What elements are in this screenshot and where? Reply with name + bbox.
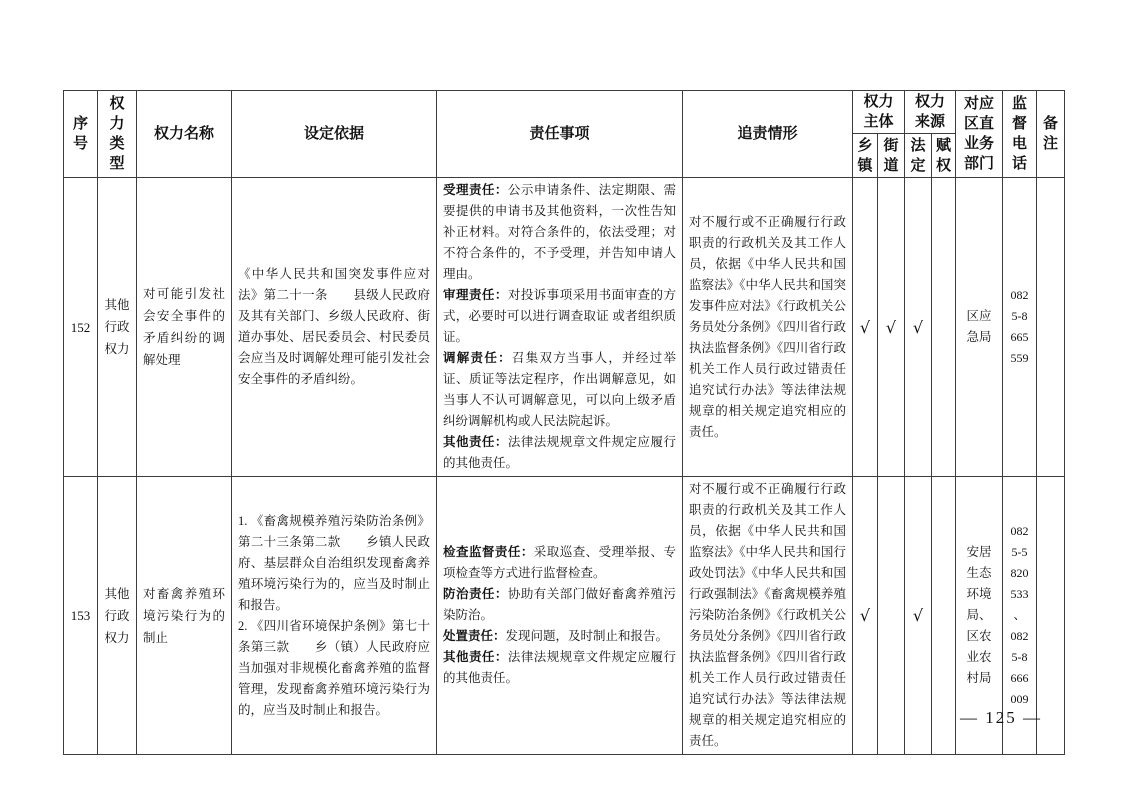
col-header-accountability: 追责情形 [683, 91, 853, 178]
duty-label: 审理责任： [443, 288, 508, 302]
col-header-power-source: 权力 来源 [905, 91, 956, 134]
cell-legal-basis: 1. 《畜禽规模养殖污染防治条例》第二十三条第二款 乡镇人民政府、基层群众自治组… [232, 477, 437, 755]
col-header-duties: 责任事项 [437, 91, 683, 178]
table-row-152: 152 其他行政权力 对可能引发社会安全事件的矛盾纠纷的调解处理 《中华人民共和… [64, 178, 1065, 477]
cell-power-type: 其他行政权力 [98, 178, 137, 477]
cell-duties: 检查监督责任：采取巡查、受理举报、专项检查等方式进行监督检查。 防治责任：协助有… [437, 477, 683, 755]
duty-item: 防治责任：协助有关部门做好畜禽养殖污染防治。 [443, 584, 676, 626]
cell-township-check: √ [853, 178, 878, 477]
duty-label: 检查监督责任： [443, 545, 534, 559]
col-header-remarks: 备 注 [1037, 91, 1065, 178]
duty-label: 处置责任： [443, 629, 506, 643]
cell-remarks [1037, 178, 1065, 477]
col-header-power-type: 权 力 类 型 [98, 91, 137, 178]
cell-serial: 153 [64, 477, 98, 755]
col-header-power-name: 权力名称 [137, 91, 232, 178]
col-header-township: 乡 镇 [853, 134, 878, 178]
col-header-legal-basis: 设定依据 [232, 91, 437, 178]
cell-phone: 082 5-8 665 559 [1003, 178, 1037, 477]
cell-duties: 受理责任：公示申请条件、法定期限、需要提供的申请书及其他资料，一次性告知补正材料… [437, 178, 683, 477]
legal-basis-paragraph: 《中华人民共和国突发事件应对法》第二十一条 县级人民政府及其有关部门、乡级人民政… [238, 264, 430, 390]
col-header-statutory: 法 定 [905, 134, 932, 178]
duty-text: 公示申请条件、法定期限、需要提供的申请书及其他资料，一次性告知补正材料。对符合条… [443, 183, 676, 281]
cell-serial: 152 [64, 178, 98, 477]
cell-power-name: 对畜禽养殖环境污染行为的制止 [137, 477, 232, 755]
cell-power-type: 其他行政权力 [98, 477, 137, 755]
cell-delegated-check [932, 477, 956, 755]
accountability-paragraph: 对不履行或不正确履行行政职责的行政机关及其工作人员，依据《中华人民共和国监察法》… [689, 479, 846, 752]
duty-label: 其他责任： [443, 435, 508, 449]
col-header-serial: 序 号 [64, 91, 98, 178]
duty-item: 检查监督责任：采取巡查、受理举报、专项检查等方式进行监督检查。 [443, 542, 676, 584]
duty-item: 处置责任：发现问题，及时制止和报告。 [443, 626, 676, 647]
cell-accountability: 对不履行或不正确履行行政职责的行政机关及其工作人员，依据《中华人民共和国监察法》… [683, 477, 853, 755]
page-number: — 125 — [960, 708, 1042, 728]
cell-street-check: √ [878, 178, 905, 477]
duty-item: 审理责任：对投诉事项采用书面审查的方式，必要时可以进行调查取证 或者组织质证。 [443, 285, 676, 348]
duty-label: 受理责任： [443, 183, 508, 197]
col-header-power-subject: 权力 主体 [853, 91, 905, 134]
cell-power-name: 对可能引发社会安全事件的矛盾纠纷的调解处理 [137, 178, 232, 477]
power-list-table: 序 号 权 力 类 型 权力名称 设定依据 责任事项 追责情形 权力 主体 权力… [63, 90, 1065, 755]
col-header-delegated: 赋 权 [932, 134, 956, 178]
accountability-paragraph: 对不履行或不正确履行行政职责的行政机关及其工作人员，依据《中华人民共和国监察法》… [689, 212, 846, 443]
cell-street-check [878, 477, 905, 755]
duty-item: 受理责任：公示申请条件、法定期限、需要提供的申请书及其他资料，一次性告知补正材料… [443, 180, 676, 285]
cell-statutory-check: √ [905, 477, 932, 755]
cell-accountability: 对不履行或不正确履行行政职责的行政机关及其工作人员，依据《中华人民共和国监察法》… [683, 178, 853, 477]
duty-label: 其他责任： [443, 650, 508, 664]
duty-item: 调解责任：召集双方当事人，并经过举证、质证等法定程序，作出调解意见，如当事人不认… [443, 348, 676, 432]
document-page: 序 号 权 力 类 型 权力名称 设定依据 责任事项 追责情形 权力 主体 权力… [0, 0, 1122, 793]
legal-basis-paragraph: 1. 《畜禽规模养殖污染防治条例》第二十三条第二款 乡镇人民政府、基层群众自治组… [238, 511, 430, 616]
duty-text: 发现问题，及时制止和报告。 [506, 629, 669, 643]
cell-department: 区应 急局 [956, 178, 1003, 477]
col-header-street: 街 道 [878, 134, 905, 178]
col-header-phone: 监 督 电 话 [1003, 91, 1037, 178]
col-header-department: 对应 区直 业务 部门 [956, 91, 1003, 178]
legal-basis-paragraph: 2. 《四川省环境保护条例》第七十条第三款 乡（镇）人民政府应当加强对非规模化畜… [238, 616, 430, 721]
cell-statutory-check: √ [905, 178, 932, 477]
table-row-153: 153 其他行政权力 对畜禽养殖环境污染行为的制止 1. 《畜禽规模养殖污染防治… [64, 477, 1065, 755]
duty-item: 其他责任：法律法规规章文件规定应履行的其他责任。 [443, 647, 676, 689]
duty-item: 其他责任：法律法规规章文件规定应履行的其他责任。 [443, 432, 676, 474]
cell-township-check: √ [853, 477, 878, 755]
cell-legal-basis: 《中华人民共和国突发事件应对法》第二十一条 县级人民政府及其有关部门、乡级人民政… [232, 178, 437, 477]
cell-delegated-check [932, 178, 956, 477]
table-header: 序 号 权 力 类 型 权力名称 设定依据 责任事项 追责情形 权力 主体 权力… [64, 91, 1065, 178]
duty-label: 调解责任： [443, 351, 512, 365]
duty-label: 防治责任： [443, 587, 508, 601]
